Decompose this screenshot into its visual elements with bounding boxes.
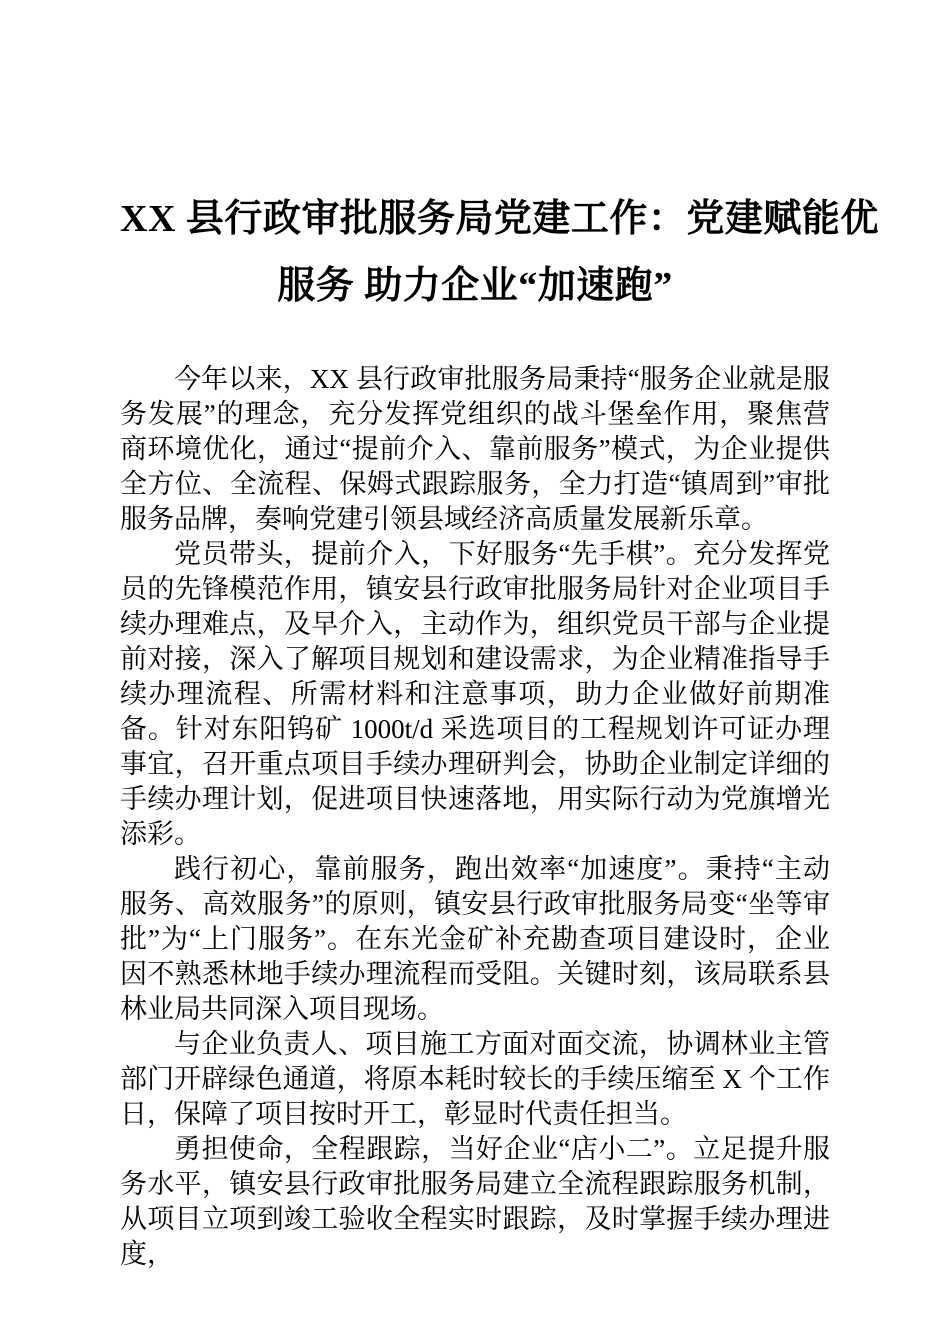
document-body: 今年以来，XX 县行政审批服务局秉持“服务企业就是服务发展”的理念，充分发挥党组… xyxy=(120,362,830,1272)
document-title: XX 县行政审批服务局党建工作：党建赋能优 服务 助力企业“加速跑” xyxy=(120,0,830,320)
document-title-line-2: 服务 助力企业“加速跑” xyxy=(120,253,830,320)
paragraph-green-channel: 与企业负责人、项目施工方面对面交流，协调林业主管部门开辟绿色通道，将原本耗时较长… xyxy=(120,1027,830,1132)
document-title-line-1: XX 县行政审批服务局党建工作：党建赋能优 xyxy=(120,186,830,253)
document-page: XX 县行政审批服务局党建工作：党建赋能优 服务 助力企业“加速跑” 今年以来，… xyxy=(0,0,950,1344)
paragraph-full-tracking: 勇担使命，全程跟踪，当好企业“店小二”。立足提升服务水平，镇安县行政审批服务局建… xyxy=(120,1132,830,1272)
paragraph-party-members-lead: 党员带头，提前介入，下好服务“先手棋”。充分发挥党员的先锋模范作用，镇安县行政审… xyxy=(120,537,830,852)
paragraph-forward-service: 践行初心，靠前服务，跑出效率“加速度”。秉持“主动服务、高效服务”的原则，镇安县… xyxy=(120,852,830,1027)
paragraph-intro: 今年以来，XX 县行政审批服务局秉持“服务企业就是服务发展”的理念，充分发挥党组… xyxy=(120,362,830,537)
